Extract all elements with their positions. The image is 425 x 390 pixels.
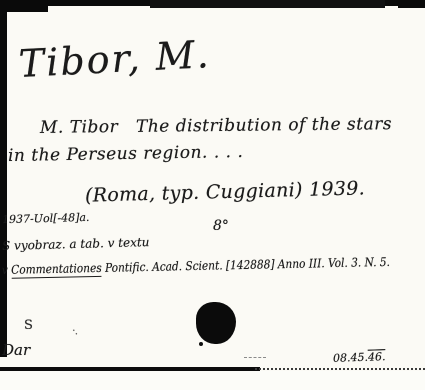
ink-speck	[199, 342, 203, 346]
date-stamp-prefix: 08.45.	[333, 351, 368, 365]
scan-bottom-margin	[0, 371, 425, 390]
scan-border-top-left-chunk	[0, 0, 48, 12]
size-letter: S	[24, 318, 33, 333]
imprint-line: (Roma, typ. Cuggiani) 1939.	[85, 177, 365, 206]
card-bottom-edge-solid	[0, 367, 260, 371]
date-stamp-overlined: 46.	[368, 350, 386, 364]
scan-border-top-right-chunk	[398, 0, 425, 8]
card-bottom-edge-dotted	[255, 368, 425, 370]
physical-description-note: S vyobraz. a tab. v textu	[2, 235, 150, 253]
format-statement: 8°	[213, 218, 229, 234]
shelfmark: 1937-Uol[-48]a.	[2, 211, 90, 226]
series-rest: Pontific. Acad. Scient. [142888] Anno II…	[102, 255, 391, 275]
ink-blot	[196, 302, 236, 344]
series-title-underlined: Commentationes	[11, 261, 102, 279]
title-line-1: M. Tibor The distribution of the stars	[40, 114, 392, 138]
catalog-card-scan: Tibor, M. M. Tibor The distribution of t…	[0, 0, 425, 390]
date-stamp: 08.45.46.	[333, 350, 386, 365]
pencil-mark: ·.	[71, 326, 79, 338]
gift-note: Dar	[2, 341, 30, 359]
scan-border-top-mid-chunk	[150, 0, 385, 8]
faint-dash-mark	[244, 357, 266, 358]
scan-border-left	[0, 0, 7, 357]
series-citation: v Commentationes Pontific. Acad. Scient.…	[2, 255, 390, 277]
author-heading: Tibor, M.	[18, 32, 212, 86]
series-prefix: v	[2, 263, 12, 277]
title-line-2: in the Perseus region. . . .	[8, 142, 244, 166]
